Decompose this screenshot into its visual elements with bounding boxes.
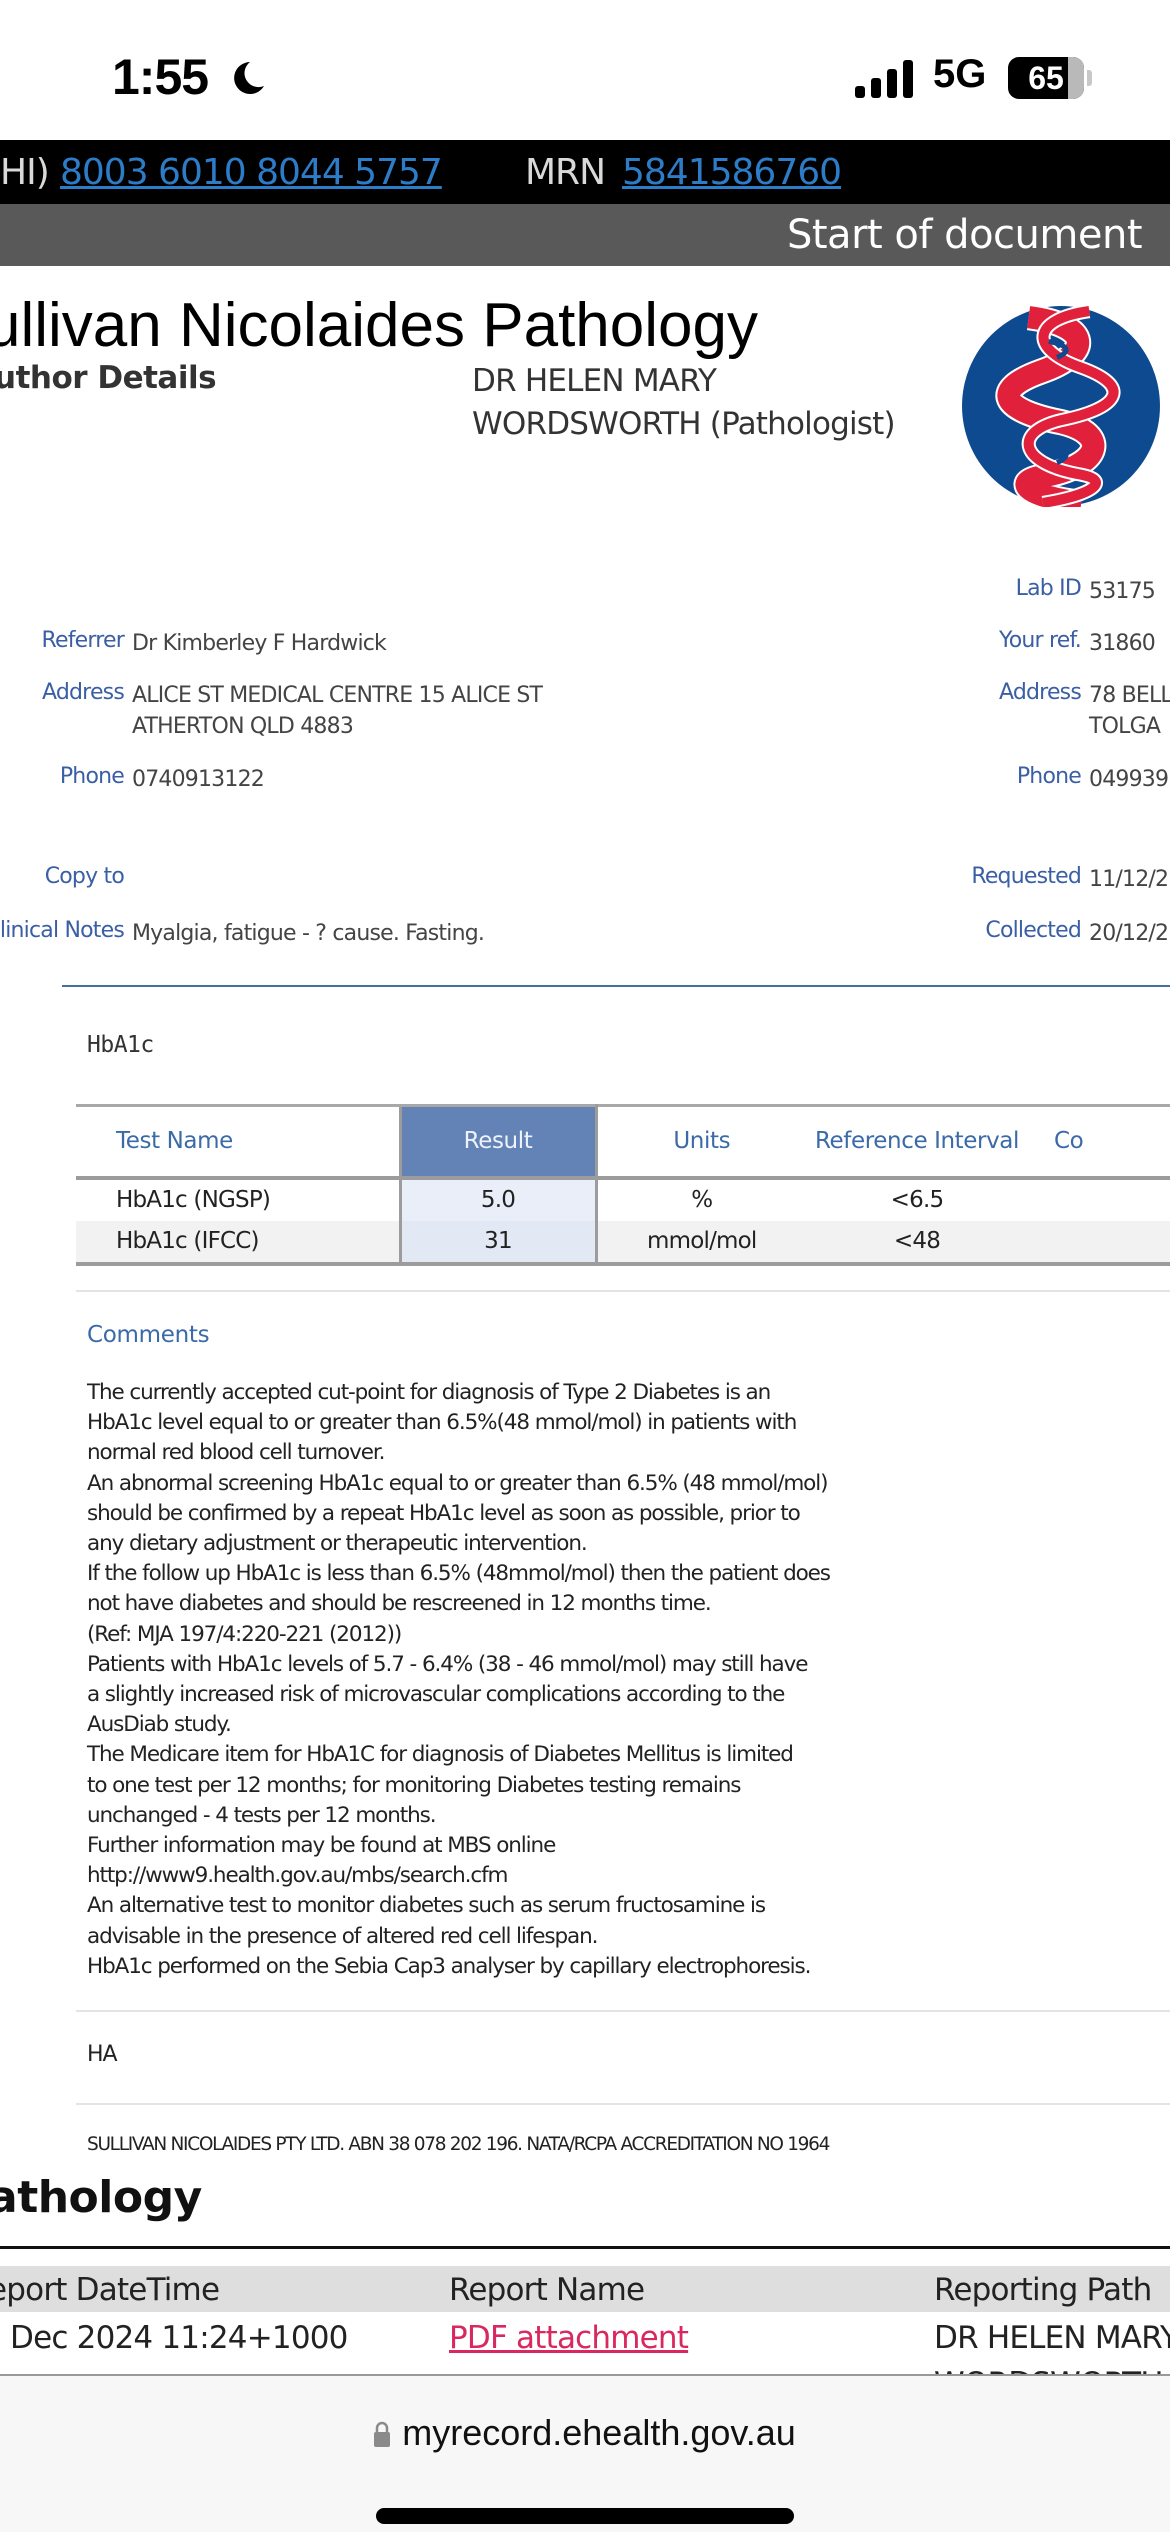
mrn-label: MRN <box>525 152 605 193</box>
comment-line: should be confirmed by a repeat HbA1c le… <box>87 1499 967 1529</box>
comment-line: any dietary adjustment or therapeutic in… <box>87 1529 967 1559</box>
referrer-label: Referrer <box>0 628 124 653</box>
referrer-address-row: AddressALICE ST MEDICAL CENTRE 15 ALICE … <box>0 680 542 742</box>
comment-line: unchanged - 4 tests per 12 months. <box>87 1801 967 1831</box>
comments-body: The currently accepted cut-point for dia… <box>87 1378 967 1982</box>
comments-title: Comments <box>87 1322 209 1348</box>
reporting-pathologist: DR HELEN MARY <box>934 2320 1170 2356</box>
col-header-comment: Co <box>1028 1106 1170 1178</box>
referrer-address-label: Address <box>0 680 124 705</box>
comment-line: advisable in the presence of altered red… <box>87 1922 967 1952</box>
requested-value: 11/12/2 <box>1089 864 1168 895</box>
patient-address-label: Address <box>871 680 1081 705</box>
organisation-title: ullivan Nicolaides Pathology <box>0 290 758 361</box>
ihi-label: HI) <box>0 152 49 193</box>
table-row: HbA1c (NGSP) 5.0 % <6.5 <box>76 1178 1170 1221</box>
patient-phone-row: Phone049939 <box>871 764 1168 795</box>
patient-address-row: Address78 BELLTOLGA <box>871 680 1170 742</box>
comment-line: HbA1c level equal to or greater than 6.5… <box>87 1408 967 1438</box>
result-cell: 31 <box>400 1221 596 1264</box>
comment-line: AusDiab study. <box>87 1710 967 1740</box>
start-of-document-bar: Start of document <box>0 204 1170 266</box>
heading-rule <box>0 2246 1170 2249</box>
clinical-notes-row: Clinical NotesMyalgia, fatigue - ? cause… <box>0 918 484 949</box>
network-type-label: 5G <box>933 52 986 97</box>
comment-line: not have diabetes and should be rescreen… <box>87 1589 967 1619</box>
col-header-reference: Reference Interval <box>806 1106 1028 1178</box>
battery-percent: 65 <box>1008 57 1084 99</box>
divider <box>76 2010 1170 2012</box>
table-row: Dec 2024 11:24+1000 PDF attachment DR HE… <box>0 2314 1170 2374</box>
comment-cell <box>1028 1221 1170 1264</box>
accreditation-footer: SULLIVAN NICOLAIDES PTY LTD. ABN 38 078 … <box>87 2134 829 2155</box>
your-ref-label: Your ref. <box>871 628 1081 653</box>
units-cell: % <box>596 1178 806 1221</box>
comment-line: The Medicare item for HbA1C for diagnosi… <box>87 1740 967 1770</box>
pathology-table-header: eport DateTime Report Name Reporting Pat… <box>0 2266 1170 2312</box>
divider <box>76 2103 1170 2105</box>
battery-tip <box>1087 70 1092 86</box>
result-cell: 5.0 <box>400 1178 596 1221</box>
results-table: Test Name Result Units Reference Interva… <box>76 1104 1170 1266</box>
moon-icon <box>228 58 268 98</box>
sullivan-nicolaides-logo <box>960 305 1162 507</box>
requested-label: Requested <box>871 864 1081 889</box>
url-text: myrecord.ehealth.gov.au <box>402 2412 796 2453</box>
comment-line: (Ref: MJA 197/4:220-221 (2012)) <box>87 1620 967 1650</box>
author-name: DR HELEN MARY WORDSWORTH (Pathologist) <box>472 360 932 446</box>
col-header-reporting-pathologist: Reporting Path <box>934 2272 1151 2308</box>
comment-line: An abnormal screening HbA1c equal to or … <box>87 1469 967 1499</box>
comment-cell <box>1028 1178 1170 1221</box>
referrer-row: ReferrerDr Kimberley F Hardwick <box>0 628 386 659</box>
report-datetime: Dec 2024 11:24+1000 <box>10 2320 348 2356</box>
referrer-address-value: ALICE ST MEDICAL CENTRE 15 ALICE STATHER… <box>132 680 542 742</box>
patient-address-value: 78 BELLTOLGA <box>1089 680 1170 742</box>
comment-line: Patients with HbA1c levels of 5.7 - 6.4%… <box>87 1650 967 1680</box>
copy-to-row: Copy to <box>0 864 132 889</box>
comment-line: http://www9.health.gov.au/mbs/search.cfm <box>87 1861 967 1891</box>
comment-line: normal red blood cell turnover. <box>87 1438 967 1468</box>
collected-value: 20/12/2 <box>1089 918 1168 949</box>
author-details-label: uthor Details <box>0 360 216 396</box>
col-header-result: Result <box>400 1106 596 1178</box>
your-ref-row: Your ref.31860 <box>871 628 1155 659</box>
col-header-report-name: Report Name <box>449 2272 644 2308</box>
referrer-phone-label: Phone <box>0 764 124 789</box>
patient-phone-value: 049939 <box>1089 764 1168 795</box>
col-header-units: Units <box>596 1106 806 1178</box>
test-name-cell: HbA1c (NGSP) <box>76 1178 400 1221</box>
cellular-signal-icon <box>855 58 917 98</box>
clinical-notes-value: Myalgia, fatigue - ? cause. Fasting. <box>132 918 484 949</box>
comment-line: to one test per 12 months; for monitorin… <box>87 1771 967 1801</box>
collected-row: Collected20/12/2 <box>871 918 1168 949</box>
referrer-address-line-1: ALICE ST MEDICAL CENTRE 15 ALICE ST <box>132 683 542 708</box>
referrer-value: Dr Kimberley F Hardwick <box>132 628 386 659</box>
patient-address-line-2: TOLGA <box>1089 714 1160 739</box>
battery-icon: 65 <box>1008 57 1084 99</box>
comment-line: HbA1c performed on the Sebia Cap3 analys… <box>87 1952 967 1982</box>
referrer-phone-row: Phone0740913122 <box>0 764 264 795</box>
home-indicator[interactable] <box>376 2508 794 2524</box>
table-row: HbA1c (IFCC) 31 mmol/mol <48 <box>76 1221 1170 1264</box>
test-section-title: HbA1c <box>87 1032 154 1058</box>
url-display[interactable]: myrecord.ehealth.gov.au <box>0 2412 1170 2454</box>
pathology-heading: athology <box>0 2172 202 2223</box>
divider <box>76 1290 1170 1292</box>
browser-address-bar[interactable]: myrecord.ehealth.gov.au <box>0 2374 1170 2532</box>
collected-label: Collected <box>871 918 1081 943</box>
col-header-test-name: Test Name <box>76 1106 400 1178</box>
your-ref-value: 31860 <box>1089 628 1155 659</box>
comment-line: a slightly increased risk of microvascul… <box>87 1680 967 1710</box>
lab-id-row: Lab ID53175 <box>871 576 1155 607</box>
comment-line: Further information may be found at MBS … <box>87 1831 967 1861</box>
referrer-phone-value: 0740913122 <box>132 764 264 795</box>
mrn-link[interactable]: 5841586760 <box>622 152 841 193</box>
status-bar: 1:55 5G 65 <box>0 0 1170 140</box>
section-divider <box>62 985 1170 987</box>
lock-icon <box>374 2421 390 2447</box>
referrer-address-line-2: ATHERTON QLD 4883 <box>132 714 353 739</box>
test-name-cell: HbA1c (IFCC) <box>76 1221 400 1264</box>
reference-cell: <48 <box>806 1221 1028 1264</box>
status-time: 1:55 <box>112 48 208 106</box>
patient-id-bar: HI) 8003 6010 8044 5757 MRN 5841586760 <box>0 140 1170 204</box>
requested-row: Requested11/12/2 <box>871 864 1168 895</box>
copy-to-label: Copy to <box>0 864 124 889</box>
pdf-attachment-link[interactable]: PDF attachment <box>449 2320 688 2356</box>
patient-address-line-1: 78 BELL <box>1089 683 1170 708</box>
ihi-link[interactable]: 8003 6010 8044 5757 <box>60 152 442 193</box>
col-header-report-datetime: eport DateTime <box>0 2272 219 2308</box>
results-table-header: Test Name Result Units Reference Interva… <box>76 1106 1170 1178</box>
comment-line: The currently accepted cut-point for dia… <box>87 1378 967 1408</box>
lab-id-value: 53175 <box>1089 576 1155 607</box>
units-cell: mmol/mol <box>596 1221 806 1264</box>
start-of-document-label: Start of document <box>787 212 1142 258</box>
reporter-initials: HA <box>87 2042 117 2067</box>
lab-id-label: Lab ID <box>871 576 1081 601</box>
reference-cell: <6.5 <box>806 1178 1028 1221</box>
clinical-notes-label: Clinical Notes <box>0 918 124 943</box>
patient-phone-label: Phone <box>871 764 1081 789</box>
comment-line: An alternative test to monitor diabetes … <box>87 1891 967 1921</box>
comment-line: If the follow up HbA1c is less than 6.5%… <box>87 1559 967 1589</box>
